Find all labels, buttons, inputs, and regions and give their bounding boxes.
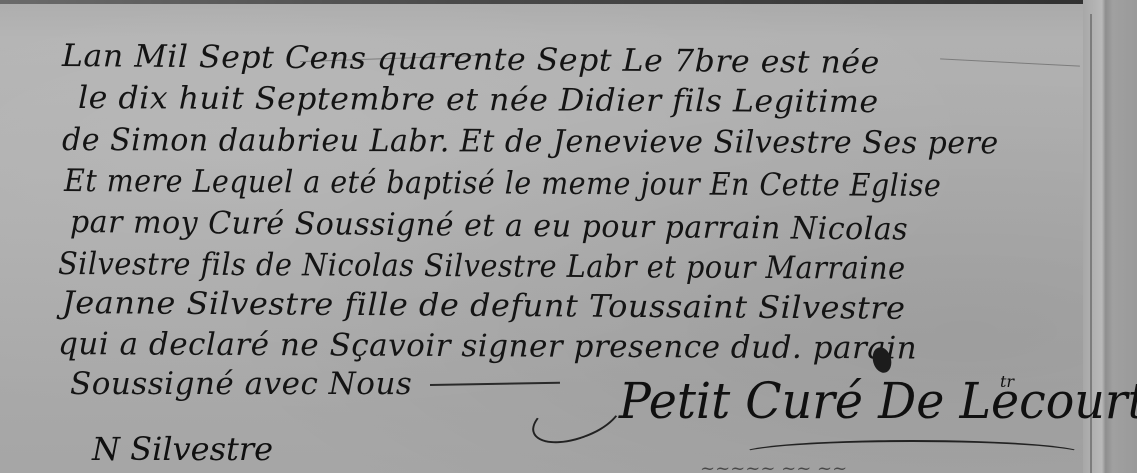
line-filler-rule [430,382,560,386]
text-line-9: Soussigné avec Nous [70,366,412,402]
priest-signature: Petit Curé De Lecourt [619,372,1137,430]
text-line-2: le dix huit Septembre et née Didier fils… [78,80,879,120]
signature-flourish [525,380,628,453]
document-scan: Lan Mil Sept Cens quarente Sept Le 7bre … [0,0,1137,473]
godfather-signature: N Silvestre [92,430,273,468]
cut-off-text: ~~~~~ ~~ ~~ [700,458,847,473]
text-line-1: Lan Mil Sept Cens quarente Sept Le 7bre … [62,38,880,81]
faint-stroke [940,58,1080,66]
text-line-3: de Simon daubrieu Labr. Et de Jenevieve … [62,122,999,161]
priest-signature-superscript: tr [1000,372,1014,391]
text-line-4: Et mere Lequel a eté baptisé le meme jou… [64,163,941,204]
text-line-8: qui a declaré ne Sçavoir signer presence… [58,326,917,366]
page-top-edge [0,0,1137,4]
text-line-5: par moy Curé Soussigné et a eu pour parr… [70,204,908,248]
text-line-7: Jeanne Silvestre fille de defunt Toussai… [62,285,906,327]
text-line-6: Silvestre fils de Nicolas Silvestre Labr… [58,246,906,287]
